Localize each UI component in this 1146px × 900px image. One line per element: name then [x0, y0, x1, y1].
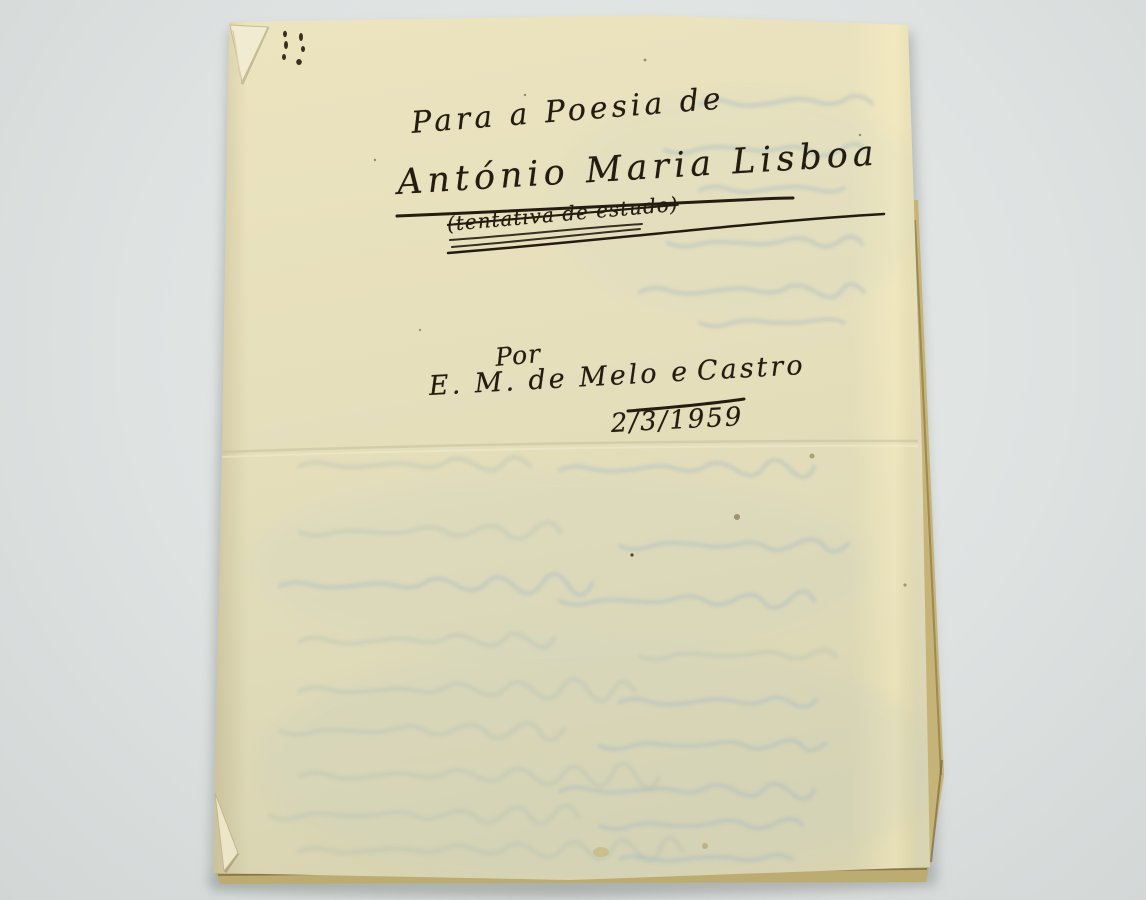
manuscript-photo	[0, 0, 1146, 900]
author-surname: Castro	[696, 350, 806, 387]
photo-backdrop: Para a Poesia de António Maria Lisboa (t…	[0, 0, 1146, 900]
left-edge-shading	[210, 0, 248, 900]
